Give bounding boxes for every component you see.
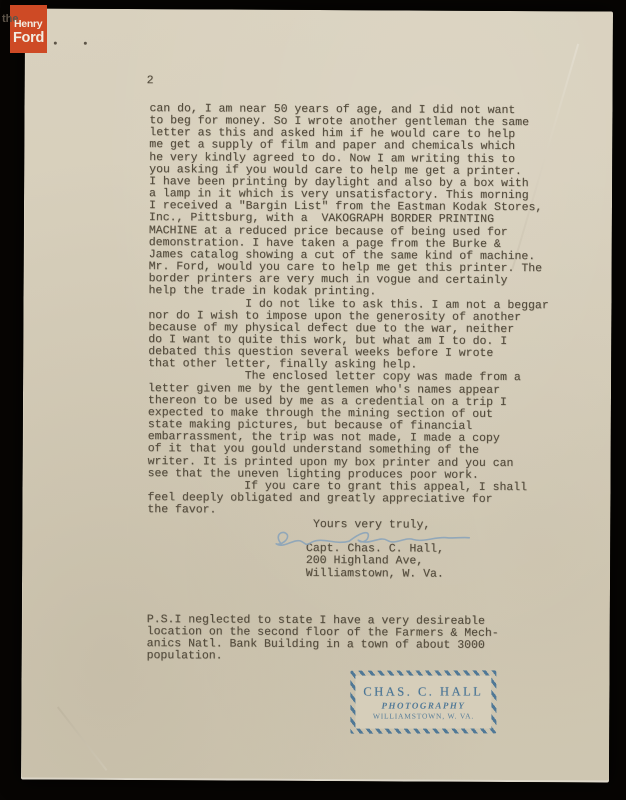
stamp-title: PHOTOGRAPHY: [381, 700, 465, 710]
photographer-stamp: CHAS. C. HALL PHOTOGRAPHY WILLIAMSTOWN, …: [350, 670, 496, 733]
scanned-letter-page: 2 can do, I am near 50 years of age, and…: [0, 0, 626, 800]
postscript-block: P.S.I neglected to state I have a very d…: [147, 614, 499, 664]
page-number: 2: [147, 75, 154, 87]
logo-henry: Henry: [14, 19, 42, 30]
logo-ford: Ford: [13, 31, 44, 46]
stamp-name: CHAS. C. HALL: [363, 684, 483, 699]
handwritten-signature: [265, 527, 473, 556]
stamp-inner: CHAS. C. HALL PHOTOGRAPHY WILLIAMSTOWN, …: [355, 675, 491, 728]
henry-ford-logo: the Henry Ford: [0, 0, 90, 70]
paper-sheet: 2 can do, I am near 50 years of age, and…: [21, 8, 613, 782]
paper-crease: [57, 707, 107, 771]
stamp-location: WILLIAMSTOWN, W. VA.: [373, 711, 474, 720]
letter-body-text: can do, I am near 50 years of age, and I…: [147, 103, 549, 518]
